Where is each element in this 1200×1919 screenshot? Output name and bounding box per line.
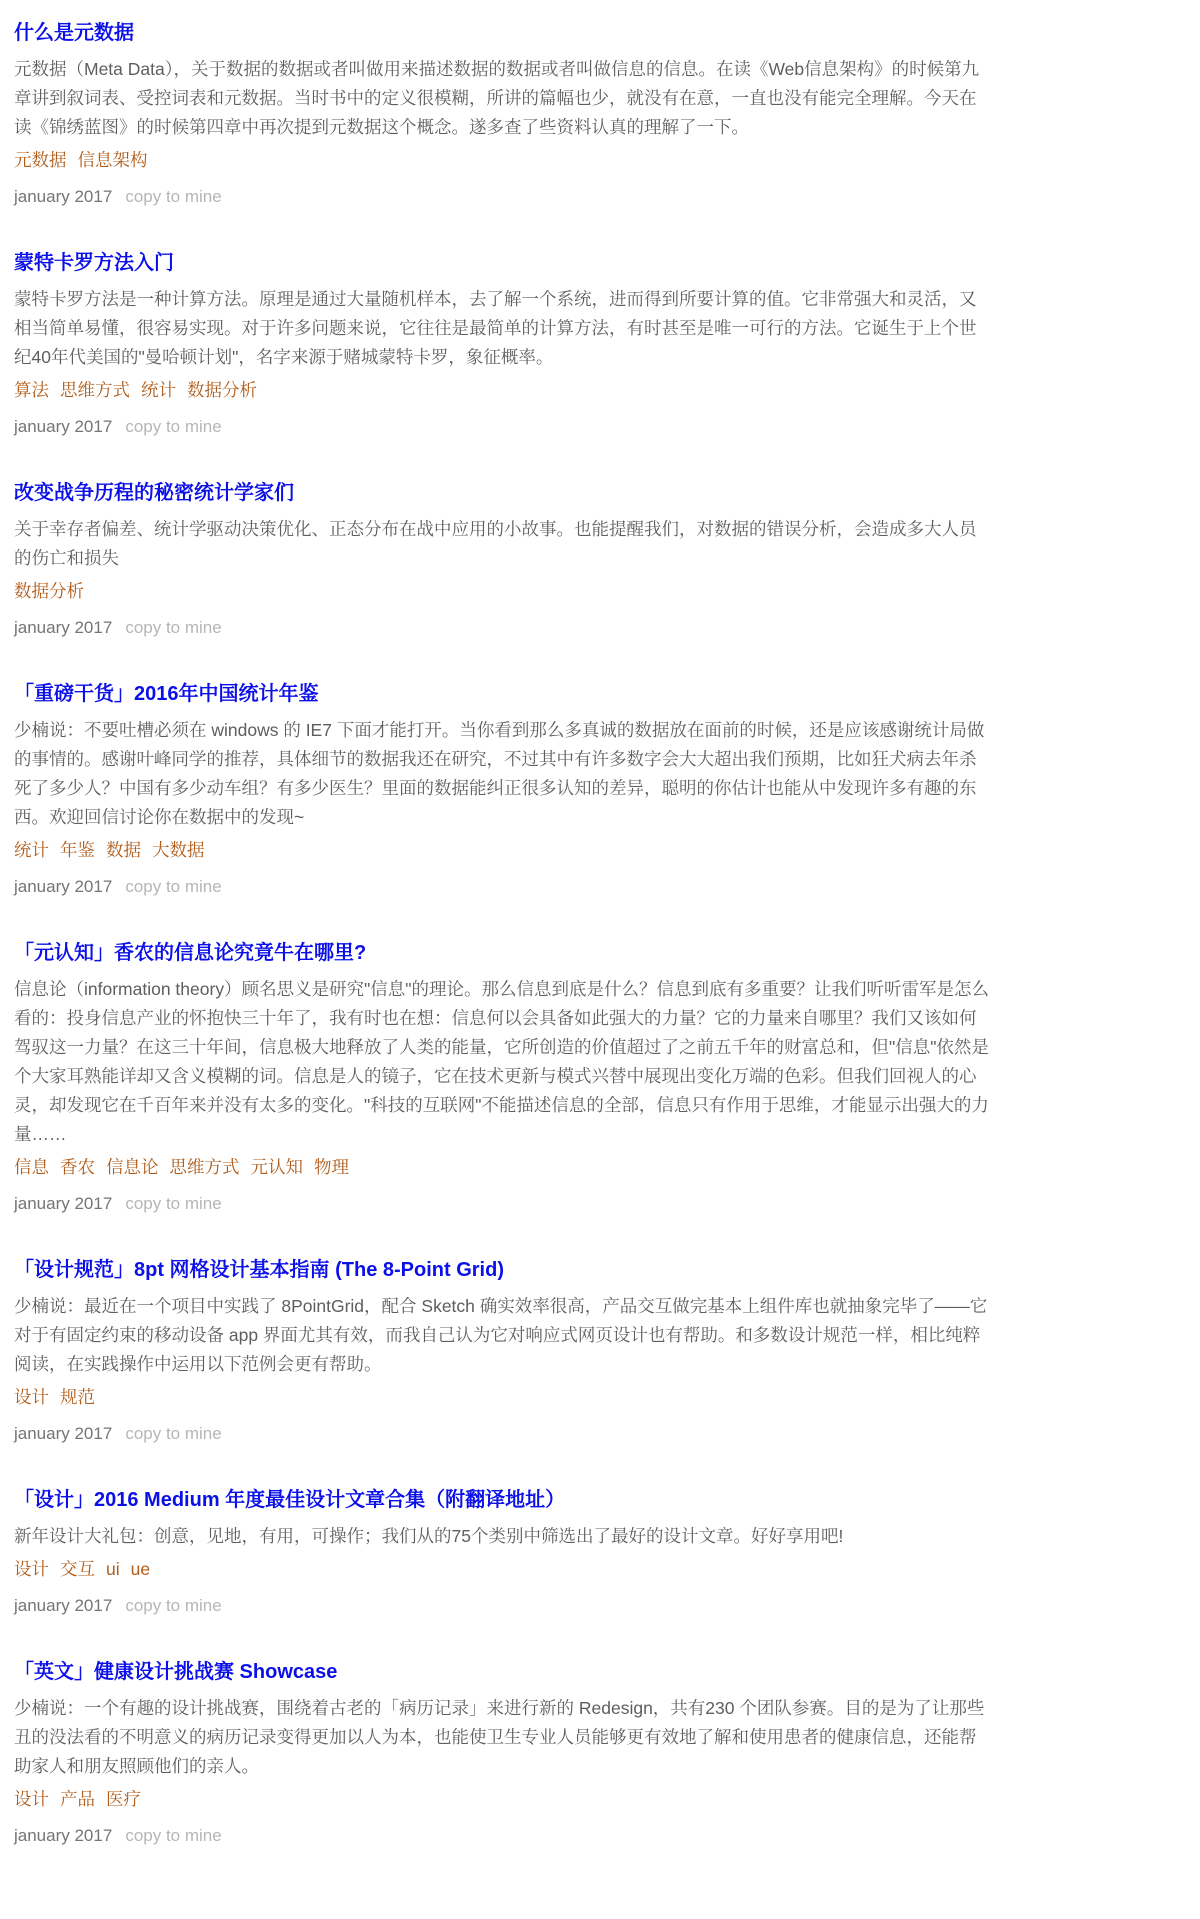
- tag-link[interactable]: 思维方式: [60, 380, 130, 400]
- bookmark-title-link[interactable]: 「重磅干货」2016年中国统计年鉴: [14, 683, 319, 705]
- bookmark-title-link[interactable]: 蒙特卡罗方法入门: [14, 252, 174, 274]
- bookmark-meta: january 2017copy to mine: [14, 615, 992, 641]
- tag-link[interactable]: 信息架构: [78, 150, 148, 170]
- tag-link[interactable]: 设计: [14, 1387, 49, 1407]
- bookmark-item: 改变战争历程的秘密统计学家们 关于幸存者偏差、统计学驱动决策优化、正态分布在战中…: [14, 480, 992, 641]
- tag-link[interactable]: 年鉴: [60, 840, 95, 860]
- tag-link[interactable]: 产品: [60, 1789, 95, 1809]
- bookmark-tags: 设计交互uiue: [14, 1555, 992, 1584]
- tag-link[interactable]: 元认知: [251, 1157, 304, 1177]
- bookmark-meta: january 2017copy to mine: [14, 874, 992, 900]
- bookmark-date: january 2017: [14, 1596, 112, 1615]
- bookmark-meta: january 2017copy to mine: [14, 1421, 992, 1447]
- tag-link[interactable]: 数据: [106, 840, 141, 860]
- bookmark-title: 「重磅干货」2016年中国统计年鉴: [14, 681, 992, 708]
- bookmark-description: 元数据（Meta Data），关于数据的数据或者叫做用来描述数据的数据或者叫做信…: [14, 55, 992, 142]
- bookmark-item: 蒙特卡罗方法入门 蒙特卡罗方法是一种计算方法。原理是通过大量随机样本，去了解一个…: [14, 250, 992, 440]
- bookmark-description: 关于幸存者偏差、统计学驱动决策优化、正态分布在战中应用的小故事。也能提醒我们，对…: [14, 515, 992, 573]
- bookmark-list: 什么是元数据 元数据（Meta Data），关于数据的数据或者叫做用来描述数据的…: [14, 20, 992, 1849]
- tag-link[interactable]: 设计: [14, 1789, 49, 1809]
- copy-to-mine-link[interactable]: copy to mine: [125, 1826, 221, 1845]
- tag-link[interactable]: 思维方式: [170, 1157, 240, 1177]
- bookmark-tags: 算法思维方式统计数据分析: [14, 376, 992, 405]
- bookmark-item: 「重磅干货」2016年中国统计年鉴 少楠说：不要吐槽必须在 windows 的 …: [14, 681, 992, 900]
- tag-link[interactable]: 医疗: [106, 1789, 141, 1809]
- copy-to-mine-link[interactable]: copy to mine: [125, 1596, 221, 1615]
- copy-to-mine-link[interactable]: copy to mine: [125, 618, 221, 637]
- bookmark-title: 「元认知」香农的信息论究竟牛在哪里?: [14, 940, 992, 967]
- bookmark-date: january 2017: [14, 618, 112, 637]
- bookmark-meta: january 2017copy to mine: [14, 1593, 992, 1619]
- tag-link[interactable]: ui: [106, 1559, 120, 1579]
- tag-link[interactable]: 统计: [14, 840, 49, 860]
- bookmark-date: january 2017: [14, 187, 112, 206]
- copy-to-mine-link[interactable]: copy to mine: [125, 1194, 221, 1213]
- copy-to-mine-link[interactable]: copy to mine: [125, 187, 221, 206]
- bookmark-description: 少楠说：一个有趣的设计挑战赛，围绕着古老的「病历记录」来进行新的 Redesig…: [14, 1694, 992, 1781]
- tag-link[interactable]: ue: [131, 1559, 150, 1579]
- tag-link[interactable]: 算法: [14, 380, 49, 400]
- tag-link[interactable]: 香农: [60, 1157, 95, 1177]
- copy-to-mine-link[interactable]: copy to mine: [125, 417, 221, 436]
- tag-link[interactable]: 设计: [14, 1559, 49, 1579]
- bookmark-title: 「设计规范」8pt 网格设计基本指南 (The 8-Point Grid): [14, 1257, 992, 1284]
- tag-link[interactable]: 信息: [14, 1157, 49, 1177]
- tag-link[interactable]: 规范: [60, 1387, 95, 1407]
- bookmark-description: 少楠说：最近在一个项目中实践了 8PointGrid，配合 Sketch 确实效…: [14, 1292, 992, 1379]
- bookmark-title: 什么是元数据: [14, 20, 992, 47]
- bookmark-tags: 统计年鉴数据大数据: [14, 836, 992, 865]
- bookmark-item: 「设计」2016 Medium 年度最佳设计文章合集（附翻译地址） 新年设计大礼…: [14, 1487, 992, 1619]
- bookmark-tags: 设计规范: [14, 1383, 992, 1412]
- bookmark-title-link[interactable]: 改变战争历程的秘密统计学家们: [14, 482, 294, 504]
- bookmark-tags: 设计产品医疗: [14, 1785, 992, 1814]
- bookmark-title-link[interactable]: 「元认知」香农的信息论究竟牛在哪里?: [14, 942, 366, 964]
- bookmark-meta: january 2017copy to mine: [14, 414, 992, 440]
- bookmark-date: january 2017: [14, 417, 112, 436]
- bookmark-item: 什么是元数据 元数据（Meta Data），关于数据的数据或者叫做用来描述数据的…: [14, 20, 992, 210]
- bookmark-date: january 2017: [14, 1194, 112, 1213]
- bookmark-description: 信息论（information theory）顾名思义是研究"信息"的理论。那么…: [14, 975, 992, 1149]
- bookmark-item: 「设计规范」8pt 网格设计基本指南 (The 8-Point Grid) 少楠…: [14, 1257, 992, 1447]
- bookmark-tags: 信息香农信息论思维方式元认知物理: [14, 1153, 992, 1182]
- bookmark-title-link[interactable]: 什么是元数据: [14, 22, 134, 44]
- tag-link[interactable]: 大数据: [152, 840, 205, 860]
- bookmark-tags: 元数据信息架构: [14, 146, 992, 175]
- tag-link[interactable]: 物理: [314, 1157, 349, 1177]
- tag-link[interactable]: 数据分析: [187, 380, 257, 400]
- tag-link[interactable]: 信息论: [106, 1157, 159, 1177]
- bookmark-tags: 数据分析: [14, 577, 992, 606]
- copy-to-mine-link[interactable]: copy to mine: [125, 877, 221, 896]
- bookmark-title: 改变战争历程的秘密统计学家们: [14, 480, 992, 507]
- bookmark-title-link[interactable]: 「英文」健康设计挑战赛 Showcase: [14, 1661, 337, 1683]
- tag-link[interactable]: 统计: [141, 380, 176, 400]
- bookmark-item: 「元认知」香农的信息论究竟牛在哪里? 信息论（information theor…: [14, 940, 992, 1217]
- bookmark-description: 新年设计大礼包：创意，见地，有用，可操作；我们从的75个类别中筛选出了最好的设计…: [14, 1522, 992, 1551]
- bookmark-title-link[interactable]: 「设计规范」8pt 网格设计基本指南 (The 8-Point Grid): [14, 1259, 504, 1281]
- copy-to-mine-link[interactable]: copy to mine: [125, 1424, 221, 1443]
- bookmark-description: 少楠说：不要吐槽必须在 windows 的 IE7 下面才能打开。当你看到那么多…: [14, 716, 992, 832]
- bookmark-meta: january 2017copy to mine: [14, 1191, 992, 1217]
- bookmark-title: 蒙特卡罗方法入门: [14, 250, 992, 277]
- bookmark-item: 「英文」健康设计挑战赛 Showcase 少楠说：一个有趣的设计挑战赛，围绕着古…: [14, 1659, 992, 1849]
- bookmark-title: 「英文」健康设计挑战赛 Showcase: [14, 1659, 992, 1686]
- tag-link[interactable]: 交互: [60, 1559, 95, 1579]
- bookmark-title-link[interactable]: 「设计」2016 Medium 年度最佳设计文章合集（附翻译地址）: [14, 1489, 565, 1511]
- bookmark-meta: january 2017copy to mine: [14, 184, 992, 210]
- bookmark-date: january 2017: [14, 1826, 112, 1845]
- bookmark-meta: january 2017copy to mine: [14, 1823, 992, 1849]
- bookmark-title: 「设计」2016 Medium 年度最佳设计文章合集（附翻译地址）: [14, 1487, 992, 1514]
- bookmark-description: 蒙特卡罗方法是一种计算方法。原理是通过大量随机样本，去了解一个系统，进而得到所要…: [14, 285, 992, 372]
- tag-link[interactable]: 元数据: [14, 150, 67, 170]
- bookmark-date: january 2017: [14, 1424, 112, 1443]
- bookmark-date: january 2017: [14, 877, 112, 896]
- tag-link[interactable]: 数据分析: [14, 581, 84, 601]
